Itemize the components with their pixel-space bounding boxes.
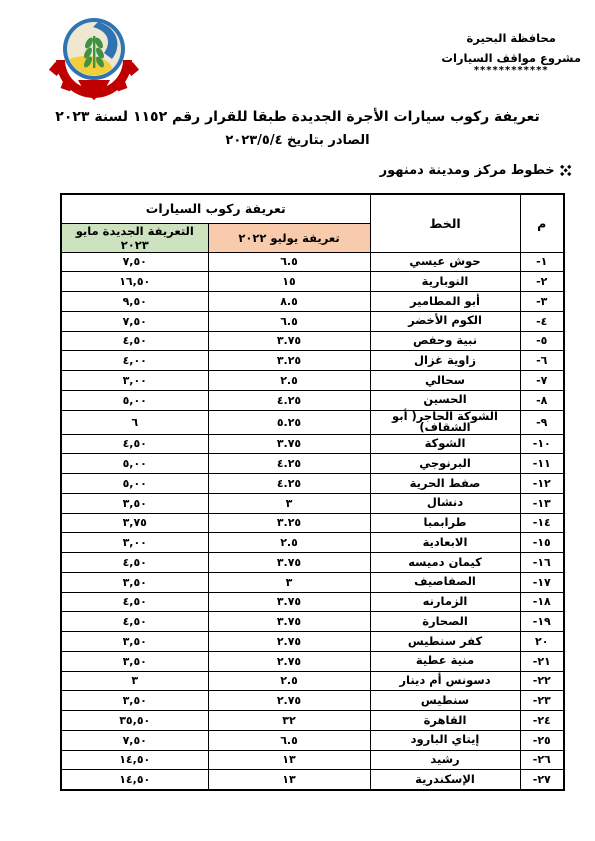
cell-july: ٣.٢٥ xyxy=(208,351,370,371)
cell-num: -٤ xyxy=(520,311,564,331)
cell-new: ٣,٥٠ xyxy=(61,493,208,513)
cell-num: -١٤ xyxy=(520,513,564,533)
cell-new: ٣,٠٠ xyxy=(61,533,208,553)
cell-line: الإسكندرية xyxy=(370,770,520,790)
cell-new: ٤,٥٠ xyxy=(61,592,208,612)
cell-new: ٩,٥٠ xyxy=(61,292,208,312)
cell-line: الزمارنه xyxy=(370,592,520,612)
fare-row: -٢٥إيتاي البارود٦.٥٧,٥٠ xyxy=(61,730,564,750)
cell-line: الصفاصيف xyxy=(370,572,520,592)
cell-num: -١٩ xyxy=(520,612,564,632)
cell-july: ٤.٢٥ xyxy=(208,454,370,474)
cell-july: ٣.٧٥ xyxy=(208,553,370,573)
cell-new: ٦ xyxy=(61,410,208,434)
fare-row: -١١البرنوجي٤.٢٥٥,٠٠ xyxy=(61,454,564,474)
cell-num: -٢٦ xyxy=(520,750,564,770)
cell-line: الصحارة xyxy=(370,612,520,632)
cell-new: ٧,٥٠ xyxy=(61,311,208,331)
cell-line: زاوية غزال xyxy=(370,351,520,371)
cell-new: ٣,٥٠ xyxy=(61,632,208,652)
cell-july: ٨.٥ xyxy=(208,292,370,312)
cell-num: -١ xyxy=(520,252,564,272)
fare-row: -٦زاوية غزال٣.٢٥٤,٠٠ xyxy=(61,351,564,371)
cell-num: -٢١ xyxy=(520,651,564,671)
col-header-group: تعريفة ركوب السيارات xyxy=(61,194,370,223)
fare-row: -٢النوبارية١٥١٦,٥٠ xyxy=(61,272,564,292)
fare-row: -١حوش عيسي٦.٥٧,٥٠ xyxy=(61,252,564,272)
cell-num: ٢٠ xyxy=(520,632,564,652)
title-block: تعريفة ركوب سيارات الأجرة الجديدة طبقا ل… xyxy=(0,109,595,148)
cell-july: ٤.٢٥ xyxy=(208,474,370,494)
cell-new: ٣,٥٠ xyxy=(61,572,208,592)
fare-row: -١٧الصفاصيف٣٣,٥٠ xyxy=(61,572,564,592)
fare-row: -١٥الابعادية٢.٥٣,٠٠ xyxy=(61,533,564,553)
document-subtitle: الصادر بتاريخ ٢٠٢٣/٥/٤ xyxy=(0,133,595,148)
cell-num: -١١ xyxy=(520,454,564,474)
cell-num: -٣ xyxy=(520,292,564,312)
cell-july: ٣.٧٥ xyxy=(208,434,370,454)
cell-num: -٢٧ xyxy=(520,770,564,790)
fare-row: -١٦كيمان دميسه٣.٧٥٤,٥٠ xyxy=(61,553,564,573)
cell-new: ٤,٥٠ xyxy=(61,553,208,573)
col-header-july2022: تعريفة يوليو ٢٠٢٢ xyxy=(208,223,370,252)
fare-row: -٨الحسين٤.٢٥٥,٠٠ xyxy=(61,390,564,410)
section-label: خطوط مركز ومدينة دمنهور xyxy=(380,163,555,178)
cell-new: ٧,٥٠ xyxy=(61,730,208,750)
cell-line: القاهرة xyxy=(370,711,520,731)
col-header-line: الخط xyxy=(370,194,520,252)
cell-line: الحسين xyxy=(370,390,520,410)
governorate-logo-icon xyxy=(42,12,146,102)
fare-row: -٩الشوكة الحاجر( أبو الشقاف)٥.٢٥٦ xyxy=(61,410,564,434)
cell-july: ٣.٢٥ xyxy=(208,513,370,533)
cell-line: كفر سنطيس xyxy=(370,632,520,652)
cell-new: ٤,٥٠ xyxy=(61,434,208,454)
cell-num: -١٨ xyxy=(520,592,564,612)
fare-row: -١٩الصحارة٣.٧٥٤,٥٠ xyxy=(61,612,564,632)
cell-new: ٤,٠٠ xyxy=(61,351,208,371)
stars-divider: ************ xyxy=(441,68,581,73)
cell-num: -١٧ xyxy=(520,572,564,592)
cell-july: ٦.٥ xyxy=(208,252,370,272)
cell-july: ٣ xyxy=(208,572,370,592)
fare-row: -١٨الزمارنه٣.٧٥٤,٥٠ xyxy=(61,592,564,612)
cell-july: ١٥ xyxy=(208,272,370,292)
cell-line: البرنوجي xyxy=(370,454,520,474)
cell-line: أبو المطامير xyxy=(370,292,520,312)
fare-row: -٢٤القاهرة٣٢٣٥,٥٠ xyxy=(61,711,564,731)
cell-num: -٨ xyxy=(520,390,564,410)
cell-july: ٢.٥ xyxy=(208,671,370,691)
cell-num: -٦ xyxy=(520,351,564,371)
cell-new: ٣ xyxy=(61,671,208,691)
cell-new: ٤,٥٠ xyxy=(61,612,208,632)
cell-july: ٢.٧٥ xyxy=(208,691,370,711)
cell-line: دنشال xyxy=(370,493,520,513)
fare-row: -١٣دنشال٣٣,٥٠ xyxy=(61,493,564,513)
cell-line: رشيد xyxy=(370,750,520,770)
section-heading: خطوط مركز ومدينة دمنهور xyxy=(380,163,567,178)
cell-line: النوبارية xyxy=(370,272,520,292)
cell-num: -١٦ xyxy=(520,553,564,573)
cell-num: -١٣ xyxy=(520,493,564,513)
document-title: تعريفة ركوب سيارات الأجرة الجديدة طبقا ل… xyxy=(0,109,595,125)
cell-new: ٣,٠٠ xyxy=(61,371,208,391)
cell-new: ١٤,٥٠ xyxy=(61,770,208,790)
cell-num: -١٠ xyxy=(520,434,564,454)
cell-line: كيمان دميسه xyxy=(370,553,520,573)
fare-row: ٢٠كفر سنطيس٢.٧٥٣,٥٠ xyxy=(61,632,564,652)
cell-line: الابعادية xyxy=(370,533,520,553)
diamond-bullet-icon xyxy=(563,168,568,173)
cell-num: -٢٣ xyxy=(520,691,564,711)
col-header-num: م xyxy=(520,194,564,252)
cell-july: ٤.٢٥ xyxy=(208,390,370,410)
fare-row: -٢٢دسونس أم دينار٢.٥٣ xyxy=(61,671,564,691)
cell-line: حوش عيسي xyxy=(370,252,520,272)
cell-july: ٦.٥ xyxy=(208,730,370,750)
cell-july: ٢.٥ xyxy=(208,533,370,553)
letterhead: محافظة البحيرة مشروع مواقف السيارات ****… xyxy=(441,28,581,73)
cell-july: ٣.٧٥ xyxy=(208,612,370,632)
cell-july: ٣ xyxy=(208,493,370,513)
fare-row: -٥نبية وحفص٣.٧٥٤,٥٠ xyxy=(61,331,564,351)
cell-line: نبية وحفص xyxy=(370,331,520,351)
cell-new: ٣٥,٥٠ xyxy=(61,711,208,731)
cell-july: ٥.٢٥ xyxy=(208,410,370,434)
cell-num: -١٢ xyxy=(520,474,564,494)
cell-line: إيتاي البارود xyxy=(370,730,520,750)
cell-new: ٤,٥٠ xyxy=(61,331,208,351)
org-name: محافظة البحيرة xyxy=(441,28,581,48)
cell-line: الشوكة الحاجر( أبو الشقاف) xyxy=(370,410,520,434)
cell-num: -٩ xyxy=(520,410,564,434)
cell-new: ٧,٥٠ xyxy=(61,252,208,272)
cell-july: ١٣ xyxy=(208,750,370,770)
cell-new: ٣,٧٥ xyxy=(61,513,208,533)
fare-row: -١٢صفط الحرية٤.٢٥٥,٠٠ xyxy=(61,474,564,494)
cell-new: ٣,٥٠ xyxy=(61,691,208,711)
cell-num: -١٥ xyxy=(520,533,564,553)
fare-row: -١٠الشوكة٣.٧٥٤,٥٠ xyxy=(61,434,564,454)
cell-line: صفط الحرية xyxy=(370,474,520,494)
cell-num: -٢٥ xyxy=(520,730,564,750)
cell-new: ٥,٠٠ xyxy=(61,474,208,494)
cell-new: ١٤,٥٠ xyxy=(61,750,208,770)
cell-july: ٣.٧٥ xyxy=(208,331,370,351)
cell-july: ٢.٧٥ xyxy=(208,651,370,671)
cell-new: ٥,٠٠ xyxy=(61,454,208,474)
fare-row: -٢٣سنطيس٢.٧٥٣,٥٠ xyxy=(61,691,564,711)
cell-num: -٢٤ xyxy=(520,711,564,731)
fare-row: -٧سحالي٢.٥٣,٠٠ xyxy=(61,371,564,391)
cell-july: ٣٢ xyxy=(208,711,370,731)
cell-new: ١٦,٥٠ xyxy=(61,272,208,292)
fare-row: -٣أبو المطامير٨.٥٩,٥٠ xyxy=(61,292,564,312)
fare-row: -٢١منية عطية٢.٧٥٣,٥٠ xyxy=(61,651,564,671)
fare-row: -٢٦رشيد١٣١٤,٥٠ xyxy=(61,750,564,770)
cell-july: ١٣ xyxy=(208,770,370,790)
fare-row: -٢٧الإسكندرية١٣١٤,٥٠ xyxy=(61,770,564,790)
cell-num: -٧ xyxy=(520,371,564,391)
cell-new: ٣,٥٠ xyxy=(61,651,208,671)
cell-new: ٥,٠٠ xyxy=(61,390,208,410)
cell-line: طرابمبا xyxy=(370,513,520,533)
cell-line: منية عطية xyxy=(370,651,520,671)
fare-row: -١٤طرابمبا٣.٢٥٣,٧٥ xyxy=(61,513,564,533)
cell-line: دسونس أم دينار xyxy=(370,671,520,691)
cell-july: ٢.٥ xyxy=(208,371,370,391)
cell-line: الكوم الأخضر xyxy=(370,311,520,331)
document-page: محافظة البحيرة مشروع مواقف السيارات ****… xyxy=(0,0,595,841)
col-header-new-may2023: التعريفة الجديدة مايو ٢٠٢٣ xyxy=(61,223,208,252)
cell-july: ٣.٧٥ xyxy=(208,592,370,612)
cell-num: -٢ xyxy=(520,272,564,292)
cell-line: سنطيس xyxy=(370,691,520,711)
fare-row: -٤الكوم الأخضر٦.٥٧,٥٠ xyxy=(61,311,564,331)
cell-line: الشوكة xyxy=(370,434,520,454)
fare-table: م الخط تعريفة ركوب السيارات تعريفة يوليو… xyxy=(60,193,565,791)
cell-july: ٢.٧٥ xyxy=(208,632,370,652)
cell-num: -٥ xyxy=(520,331,564,351)
cell-line: سحالي xyxy=(370,371,520,391)
cell-num: -٢٢ xyxy=(520,671,564,691)
cell-july: ٦.٥ xyxy=(208,311,370,331)
